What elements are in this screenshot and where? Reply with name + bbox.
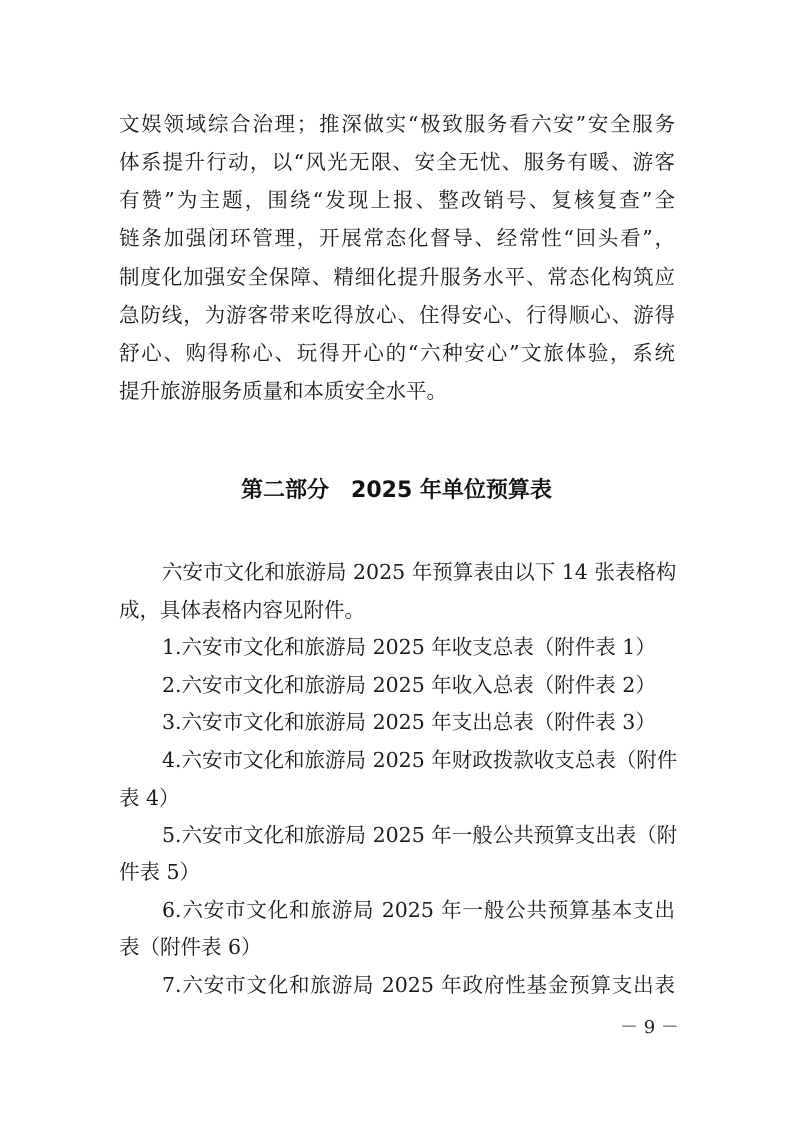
list-item-line: 7.六安市文化和旅游局 2025 年政府性基金预算支出表 <box>162 971 675 999</box>
intro-text-line: 六安市文化和旅游局 2025 年预算表由以下 14 张表格构 <box>162 558 675 586</box>
list-item-line: 1.六安市文化和旅游局 2025 年收支总表（附件表 1） <box>162 633 675 661</box>
body-text-line: 舒心、购得称心、玩得开心的“六种安心”文旅体验，系统 <box>119 339 675 367</box>
document-page: 文娱领域综合治理；推深做实“极致服务看六安”安全服务 体系提升行动，以“风光无限… <box>0 0 793 1122</box>
intro-text-line: 成，具体表格内容见附件。 <box>119 596 675 624</box>
body-text-line: 链条加强闭环管理，开展常态化督导、经常性“回头看”， <box>119 224 675 252</box>
list-item-line: 4.六安市文化和旅游局 2025 年财政拨款收支总表（附件 <box>162 746 675 774</box>
body-text-line: 急防线，为游客带来吃得放心、住得安心、行得顺心、游得 <box>119 301 675 329</box>
body-text-line: 有赞”为主题，围绕“发现上报、整改销号、复核复查”全 <box>119 186 675 214</box>
list-item-line: 3.六安市文化和旅游局 2025 年支出总表（附件表 3） <box>162 708 675 736</box>
list-item-line: 2.六安市文化和旅游局 2025 年收入总表（附件表 2） <box>162 671 675 699</box>
body-text-line: 体系提升行动，以“风光无限、安全无忧、服务有暖、游客 <box>119 148 675 176</box>
list-item-line: 件表 5） <box>119 858 675 886</box>
list-item-line: 6.六安市文化和旅游局 2025 年一般公共预算基本支出 <box>162 896 675 924</box>
list-item-line: 表 4） <box>119 784 675 812</box>
list-item-line: 5.六安市文化和旅游局 2025 年一般公共预算支出表（附 <box>162 821 675 849</box>
body-text-line: 提升旅游服务质量和本质安全水平。 <box>119 377 675 405</box>
list-item-line: 表（附件表 6） <box>119 933 675 961</box>
page-number: － 9 － <box>620 1016 690 1040</box>
body-text-line: 制度化加强安全保障、精细化提升服务水平、常态化构筑应 <box>119 263 675 291</box>
body-text-line: 文娱领域综合治理；推深做实“极致服务看六安”安全服务 <box>119 110 675 138</box>
section-heading: 第二部分 2025 年单位预算表 <box>0 476 793 506</box>
